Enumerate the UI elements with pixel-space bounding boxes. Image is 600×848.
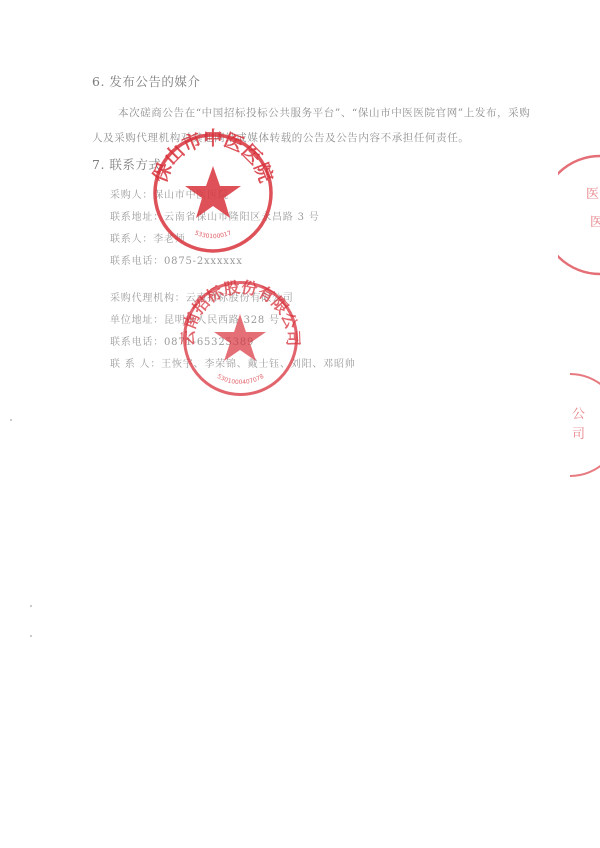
edge-seal-hospital: 医 医: [558, 150, 600, 280]
agency-phone-label: 联系电话：: [110, 337, 164, 348]
scan-speck: [30, 635, 32, 637]
star-icon: [185, 166, 241, 218]
contact-person-label: 联系人：: [110, 234, 153, 245]
agency-contacts-label: 联 系 人：: [110, 359, 161, 370]
hospital-seal-code: 5330100017: [194, 230, 233, 241]
hospital-seal-stamp: 保山市中医医院 5330100017: [148, 128, 278, 258]
purchaser-label: 采购人：: [110, 190, 153, 201]
scan-speck: [10, 419, 12, 421]
agency-seal-stamp: 云南招标股份有限公司 5301000407078: [178, 276, 303, 401]
agency-label: 采购代理机构：: [110, 293, 186, 304]
edge-seal-agency: 公 司: [560, 370, 600, 480]
scan-speck: [30, 605, 32, 607]
star-icon: [214, 314, 266, 361]
svg-text:公: 公: [572, 407, 585, 422]
section-6-heading: 6. 发布公告的媒介: [92, 72, 200, 90]
svg-text:医: 医: [590, 215, 600, 230]
svg-text:5330100017: 5330100017: [194, 230, 233, 241]
agency-seal-code: 5301000407078: [216, 373, 266, 386]
svg-text:医: 医: [586, 187, 599, 202]
agency-address-label: 单位地址：: [110, 315, 164, 326]
document-page: 6. 发布公告的媒介 本次磋商公告在“中国招标投标公共服务平台”、“保山市中医医…: [0, 0, 600, 848]
svg-text:司: 司: [572, 427, 585, 442]
section-6-paragraph-line1: 本次磋商公告在“中国招标投标公共服务平台”、“保山市中医医院官网”上发布，采购: [118, 106, 530, 120]
svg-text:5301000407078: 5301000407078: [216, 373, 266, 386]
